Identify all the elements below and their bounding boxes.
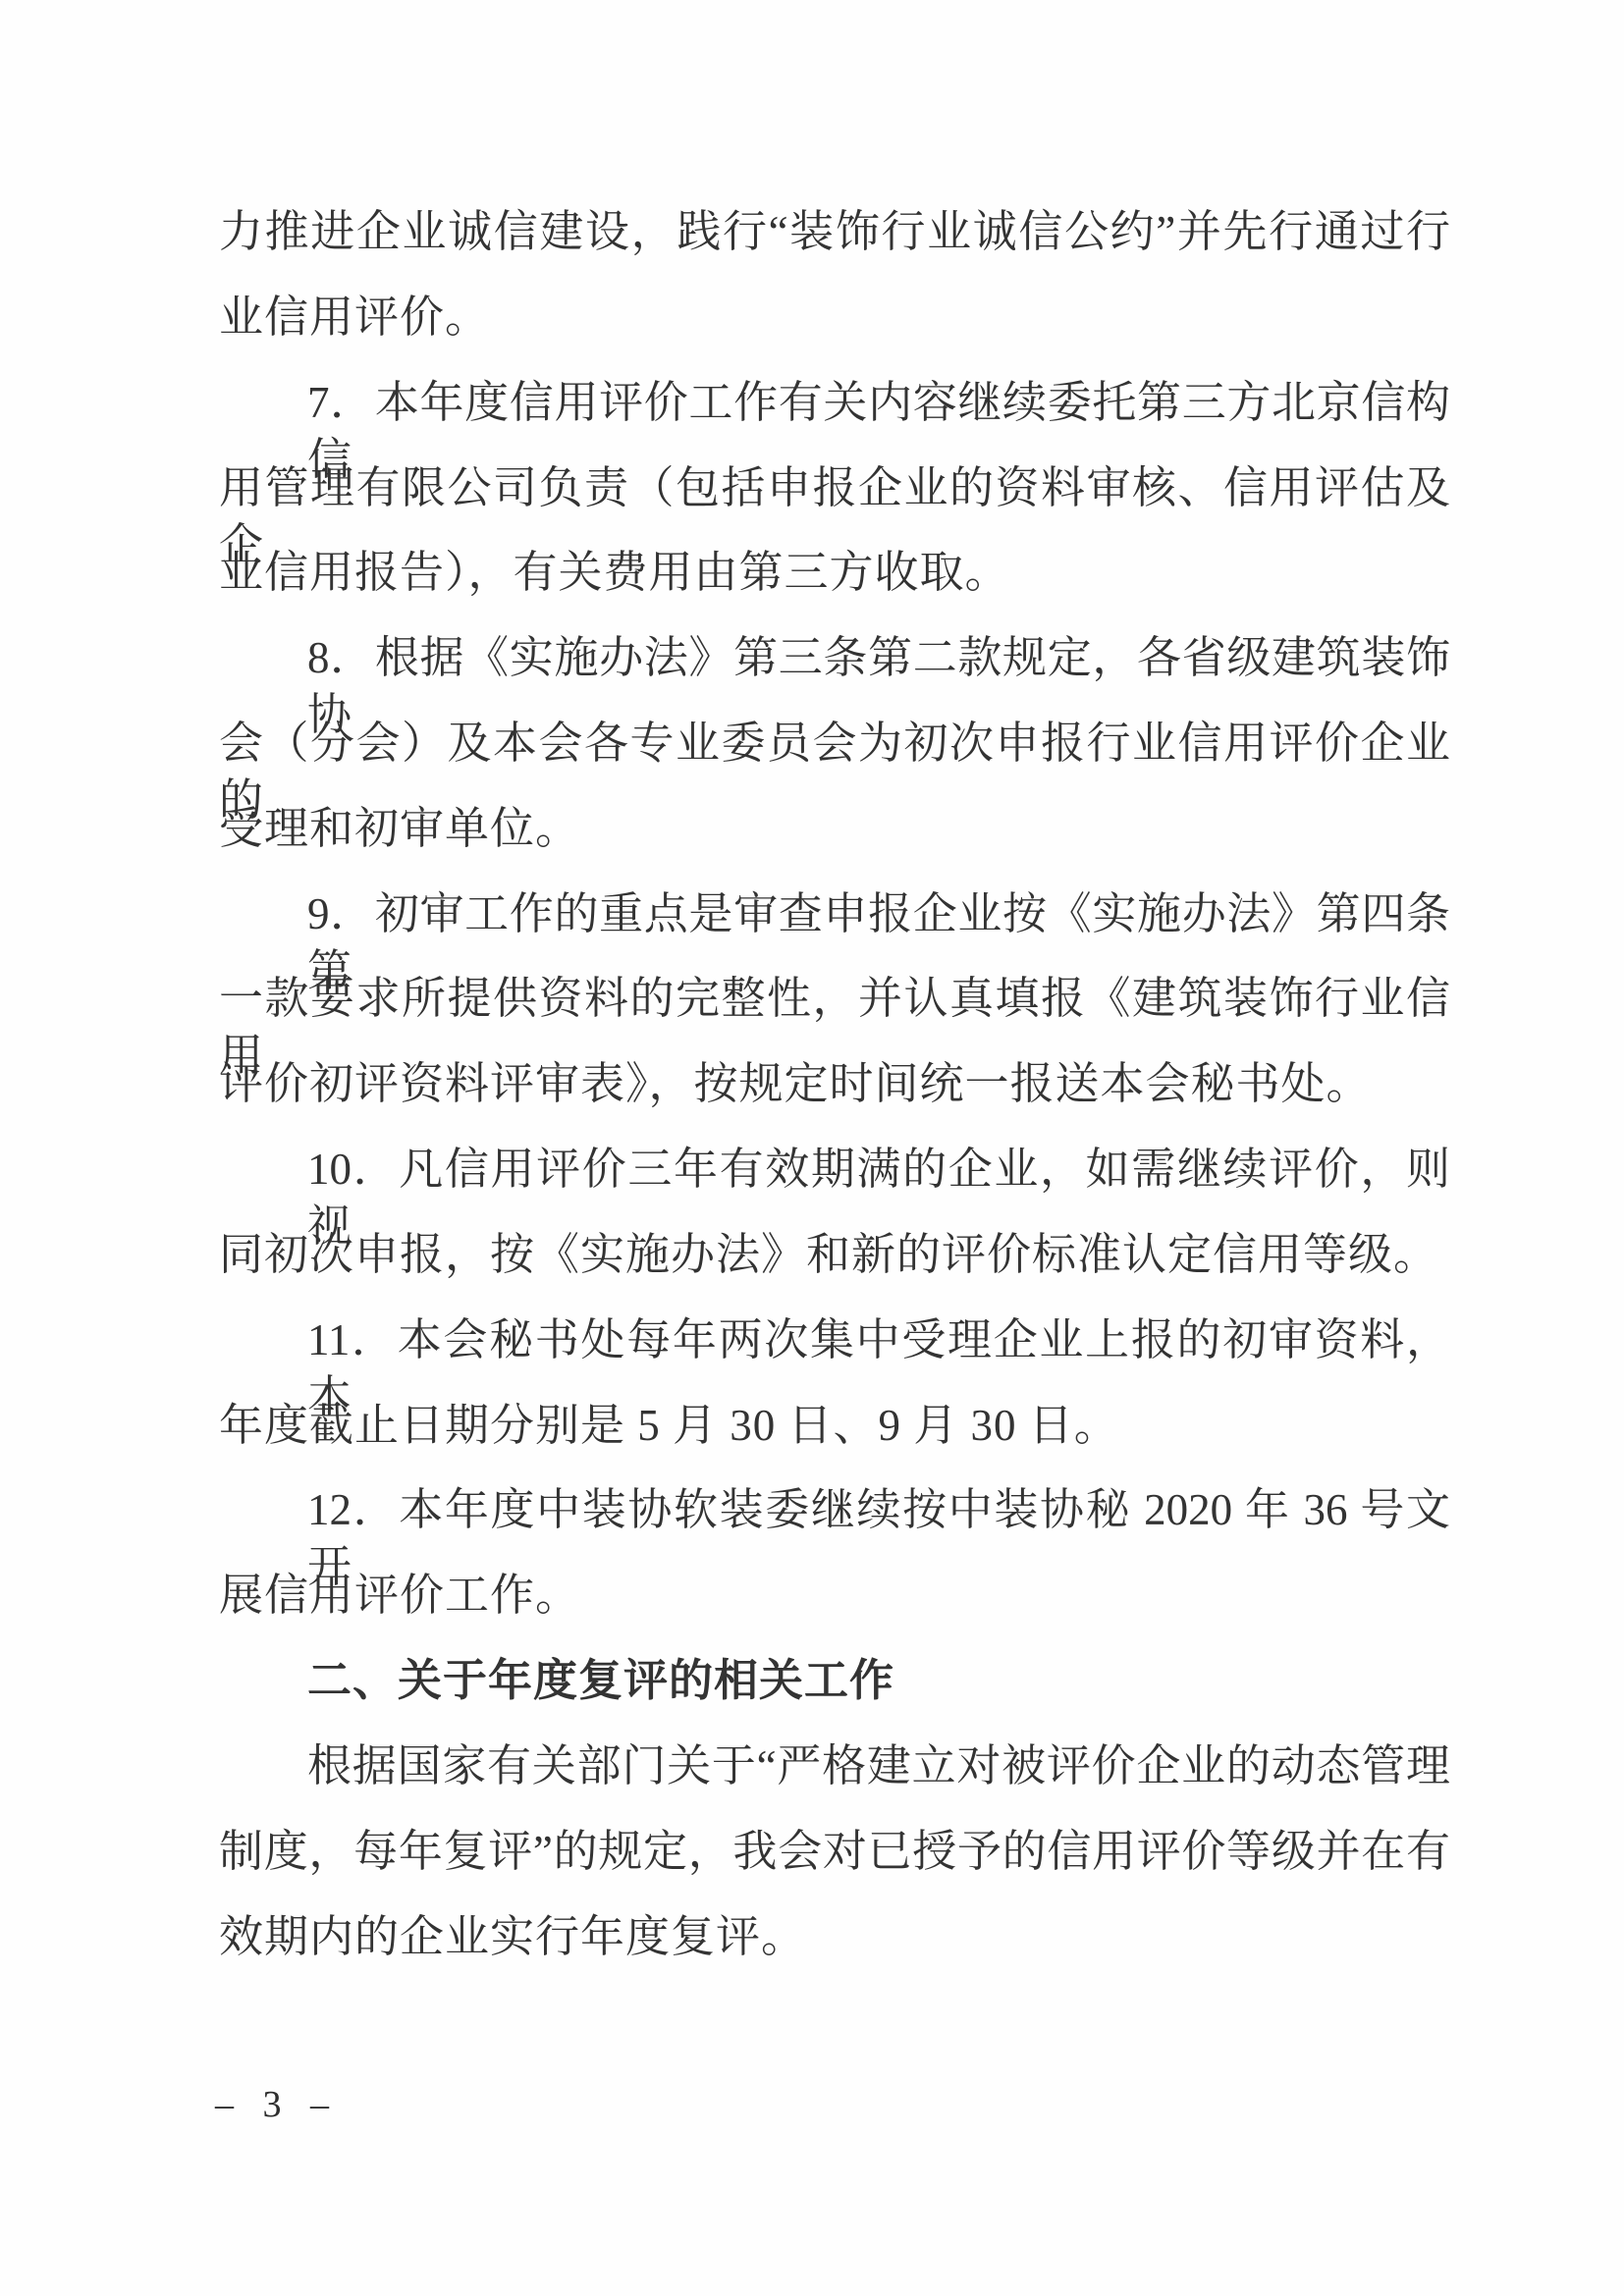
text-line: 同初次申报，按《实施办法》和新的评价标准认定信用等级。 [219,1226,1438,1283]
text-line: 业信用评价。 [219,289,490,346]
text-line: 评价初评资料评审表》，按规定时间统一报送本会秘书处。 [219,1055,1372,1112]
text-line: 根据国家有关部门关于“严格建立对被评价企业的动态管理 [307,1737,1450,1794]
text-line: 业信用报告），有关费用由第三方收取。 [219,544,1010,601]
text-line: 展信用评价工作。 [219,1567,580,1624]
text-line: 年度截止日期分别是 5 月 30 日、9 月 30 日。 [219,1397,1119,1454]
text-line: 制度，每年复评”的规定，我会对已授予的信用评价等级并在有 [219,1823,1450,1880]
page-number: – 3 – [215,2081,339,2128]
document-page: 力推进企业诚信建设，践行“装饰行业诚信公约”并先行通过行 业信用评价。 7．本年… [0,0,1624,2296]
text-line: 受理和初审单位。 [219,800,580,857]
text-line: 效期内的企业实行年度复评。 [219,1908,806,1965]
text-line: 力推进企业诚信建设，践行“装饰行业诚信公约”并先行通过行 [219,203,1450,260]
section-heading: 二、关于年度复评的相关工作 [307,1652,894,1709]
